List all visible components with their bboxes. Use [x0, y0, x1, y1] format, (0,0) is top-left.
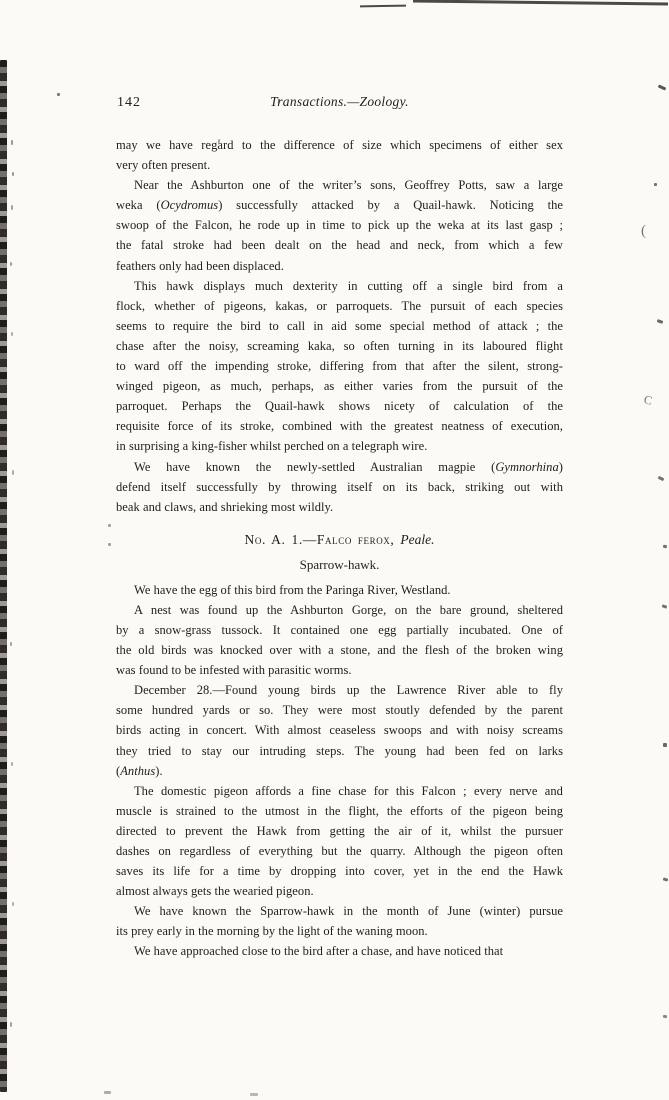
text-line: (Anthus). — [116, 761, 563, 781]
scan-speck — [11, 332, 13, 336]
scan-speck — [11, 205, 13, 210]
scan-speck — [658, 476, 665, 481]
text-line: weka (Ocydromus) successfully attacked b… — [116, 195, 563, 215]
text-line: very often present. — [116, 155, 563, 175]
paragraph: We have approached close to the bird aft… — [116, 941, 563, 961]
scan-speck — [663, 545, 668, 549]
text-line: We have the egg of this bird from the Pa… — [116, 580, 563, 600]
scan-speck — [658, 84, 667, 90]
text-line: in surprising a king-fisher whilst perch… — [116, 436, 563, 456]
paragraph: December 28.—Found young birds up the La… — [116, 680, 563, 780]
page-edge-line — [413, 0, 668, 6]
scan-speck — [663, 1015, 667, 1019]
text-line: parroquet. Perhaps the Quail-hawk shows … — [116, 396, 563, 416]
scan-speck — [11, 762, 13, 766]
text-line: birds acting in concert. With almost cea… — [116, 720, 563, 740]
scan-speck — [10, 262, 12, 266]
scan-speck — [12, 470, 14, 475]
scan-glyph-mark: C — [643, 393, 653, 406]
text-line: saves its life for a time by dropping in… — [116, 861, 563, 881]
text-line: winged pigeon, as much, perhaps, as eith… — [116, 376, 563, 396]
text-line: beak and claws, and shrieking most wildl… — [116, 497, 563, 517]
scan-speck — [657, 319, 664, 324]
scan-speck — [654, 183, 657, 186]
text-line: We have known the Sparrow-hawk in the mo… — [116, 901, 563, 921]
text-line: the old birds was knocked over with a st… — [116, 640, 563, 660]
paragraph: We have known the Sparrow-hawk in the mo… — [116, 901, 563, 941]
paragraph: This hawk displays much dexterity in cut… — [116, 276, 563, 457]
scan-speck — [108, 543, 111, 546]
text-line: This hawk displays much dexterity in cut… — [116, 276, 563, 296]
scan-speck — [10, 642, 12, 646]
text-line: they tried to stay our intruding steps. … — [116, 741, 563, 761]
scan-speck — [662, 604, 668, 609]
paragraph: The domestic pigeon affords a fine chase… — [116, 781, 563, 902]
text-line: The domestic pigeon affords a fine chase… — [116, 781, 563, 801]
text-column: may we have regard to the difference of … — [116, 135, 563, 962]
text-line: may we have regard to the difference of … — [116, 135, 563, 155]
text-line: the fatal stroke had been dealt on the h… — [116, 235, 563, 255]
scan-speck — [12, 902, 14, 906]
text-line: its prey early in the morning by the lig… — [116, 921, 563, 941]
text-line: A nest was found up the Ashburton Gorge,… — [116, 600, 563, 620]
text-line: defend itself successfully by throwing i… — [116, 477, 563, 497]
scanned-book-page: 142 Transactions.—Zoology. may we have r… — [0, 0, 669, 1100]
text-line: dashes on regardless of everything but t… — [116, 841, 563, 861]
running-title: Transactions.—Zoology. — [116, 94, 563, 110]
paragraph: Near the Ashburton one of the writer’s s… — [116, 175, 563, 275]
paragraph: We have the egg of this bird from the Pa… — [116, 580, 563, 600]
paragraph: A nest was found up the Ashburton Gorge,… — [116, 600, 563, 680]
species-name: No. A. 1.—Falco ferox, — [245, 532, 401, 547]
text-line: directed to prevent the Hawk from gettin… — [116, 821, 563, 841]
text-line: was found to be infested with parasitic … — [116, 660, 563, 680]
text-line: requisite force of its stroke, combined … — [116, 416, 563, 436]
paragraph: We have known the newly-settled Australi… — [116, 457, 563, 517]
paragraph: may we have regard to the difference of … — [116, 135, 563, 175]
scan-speck — [663, 743, 667, 747]
binding-shadow-band — [0, 60, 7, 1092]
scan-speck — [10, 1022, 12, 1027]
scan-speck — [250, 1093, 258, 1096]
text-line: swoop of the Falcon, he rode up in time … — [116, 215, 563, 235]
scan-speck — [11, 140, 13, 145]
species-author: Peale. — [400, 532, 434, 547]
text-line: feathers only had been displaced. — [116, 256, 563, 276]
text-line: Near the Ashburton one of the writer’s s… — [116, 175, 563, 195]
scan-speck — [104, 1091, 111, 1094]
scan-glyph-mark: ( — [641, 224, 646, 239]
text-line: some hundred yards or so. They were most… — [116, 700, 563, 720]
scan-speck — [663, 877, 669, 881]
text-line: almost always gets the wearied pigeon. — [116, 881, 563, 901]
species-heading: No. A. 1.—Falco ferox, Peale. — [116, 530, 563, 550]
text-line: December 28.—Found young birds up the La… — [116, 680, 563, 700]
scan-speck — [108, 524, 111, 527]
scan-speck — [57, 93, 60, 96]
text-line: We have approached close to the bird aft… — [116, 941, 563, 961]
scan-speck — [12, 172, 14, 176]
text-line: We have known the newly-settled Australi… — [116, 457, 563, 477]
text-line: to ward off the impending stroke, differ… — [116, 356, 563, 376]
page-edge-line — [360, 5, 406, 8]
text-line: by a snow-grass tussock. It contained on… — [116, 620, 563, 640]
common-name-subheading: Sparrow-hawk. — [116, 555, 563, 575]
text-line: seems to require the bird to call in aid… — [116, 316, 563, 336]
text-line: flock, whether of pigeons, kakas, or par… — [116, 296, 563, 316]
text-line: muscle is strained to the utmost in the … — [116, 801, 563, 821]
text-line: chase after the noisy, screaming kaka, s… — [116, 336, 563, 356]
